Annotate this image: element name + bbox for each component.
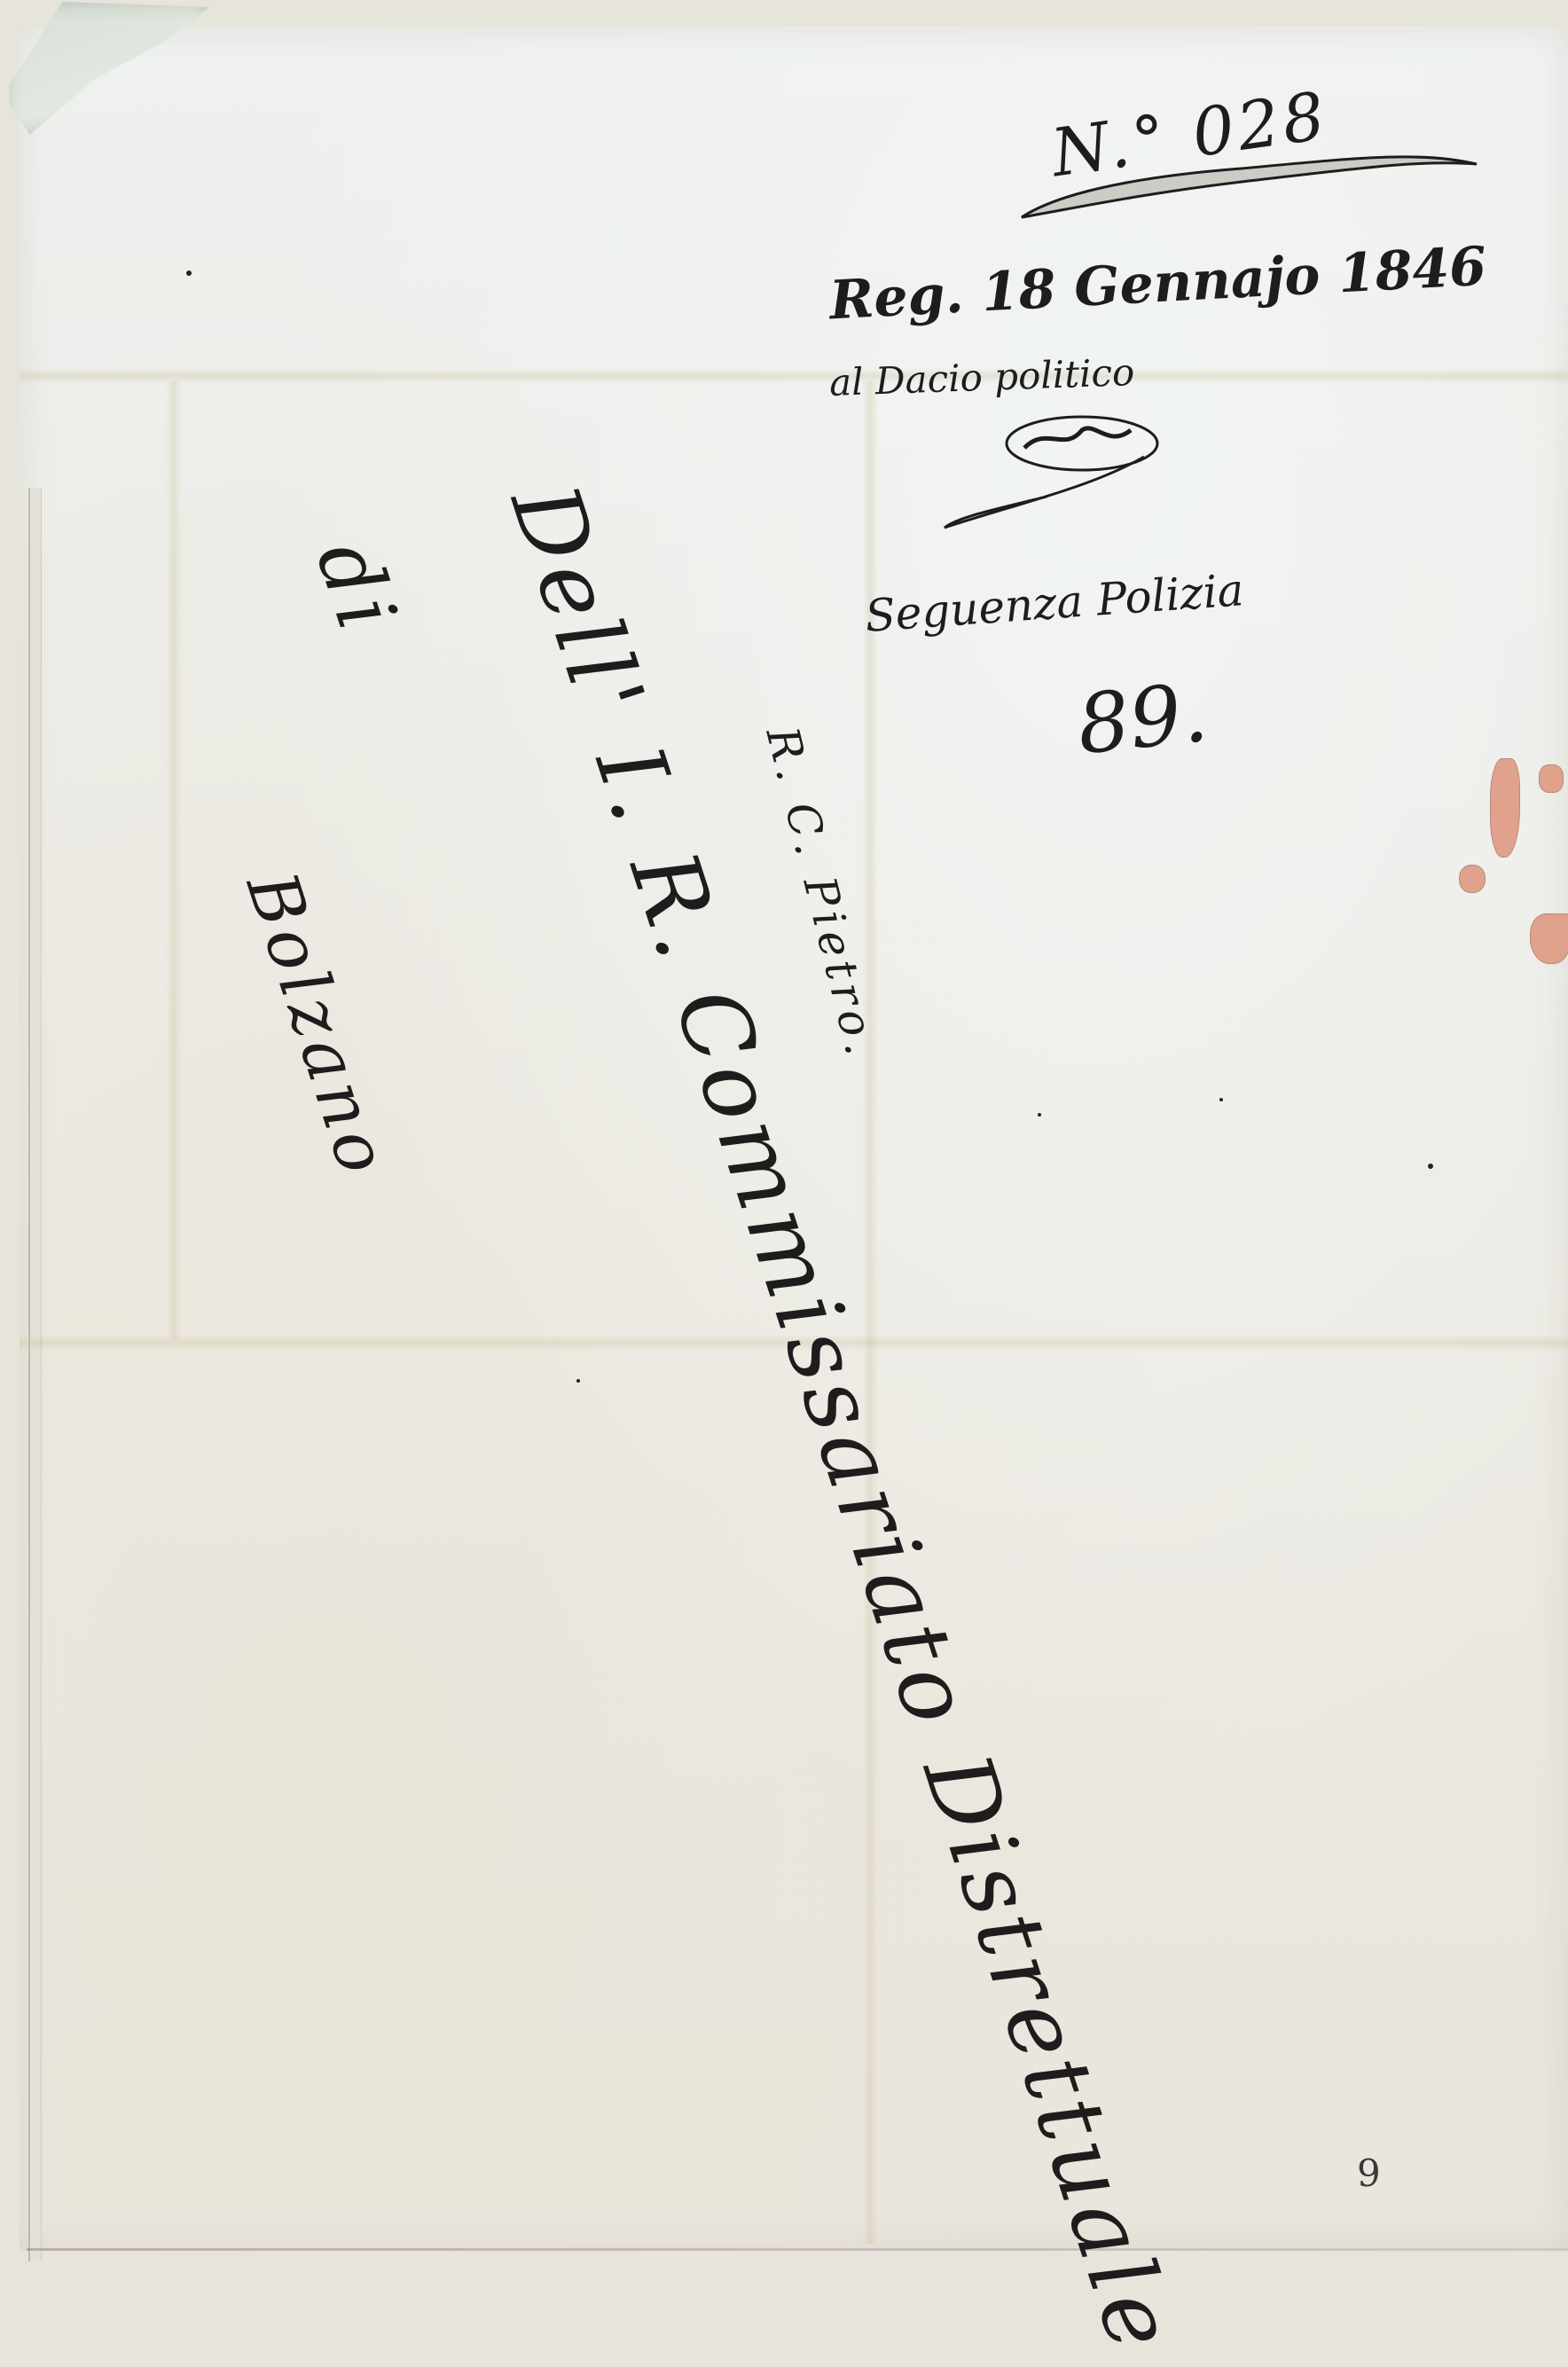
ink-speck: [576, 1379, 580, 1383]
ink-speck: [1038, 1113, 1041, 1117]
sequence-number: 89.: [1074, 672, 1211, 767]
paper-edge-left: [28, 488, 42, 2261]
seal-residue: [1539, 764, 1564, 793]
routing-office: al Dacio politico: [828, 354, 1135, 402]
flourish-underline-icon: [1020, 142, 1481, 222]
page-number: 9: [1357, 2155, 1381, 2192]
ink-speck: [186, 270, 192, 276]
seal-residue: [1530, 913, 1568, 964]
ink-speck: [1428, 1164, 1433, 1169]
fold-line-top: [20, 368, 1568, 384]
seal-residue: [1490, 758, 1520, 858]
seal-residue: [1459, 865, 1486, 893]
paper-edge-bottom: [27, 2248, 1568, 2251]
paraph-signature-icon: [940, 404, 1206, 537]
fold-line-left: [166, 381, 182, 1339]
ink-speck: [1219, 1098, 1223, 1101]
